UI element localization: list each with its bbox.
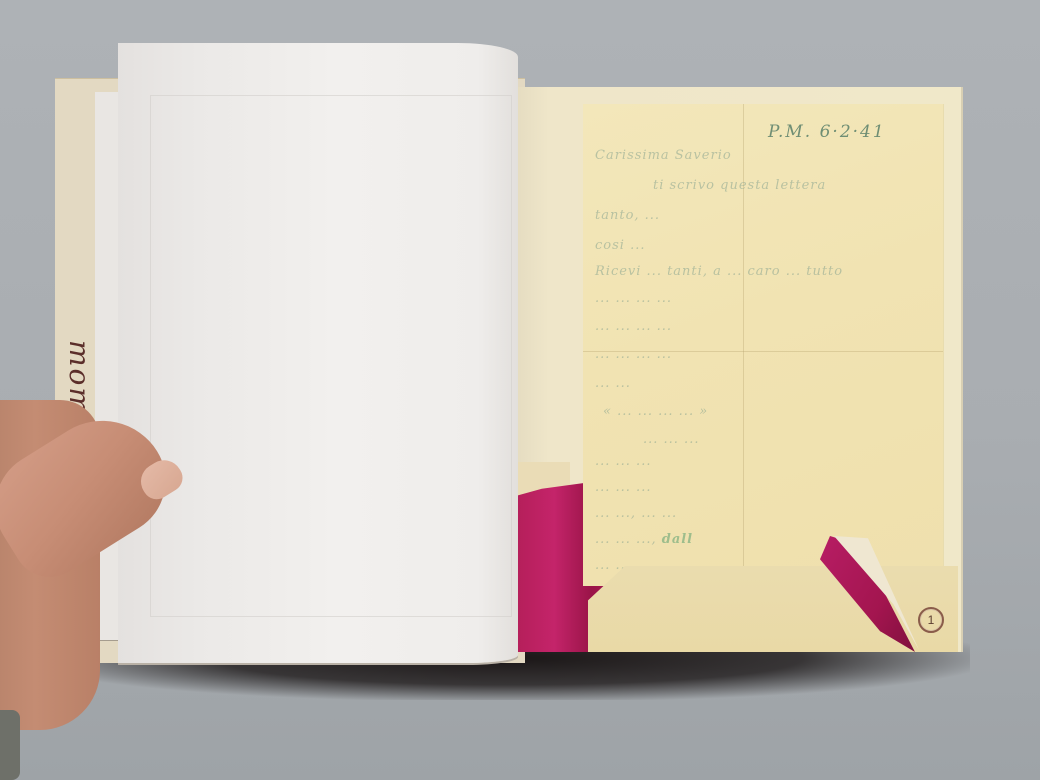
letter-line: ... ... ... ...: [595, 291, 672, 306]
letter-line: ... ... ...: [643, 432, 699, 447]
letter-line: ... ... ... ...: [595, 319, 672, 334]
letter-highlighted-word: dall: [662, 532, 693, 547]
letter-line: tanto, ...: [595, 208, 660, 223]
letter-date: P.M. 6·2·41: [768, 122, 886, 142]
letter-line: ti scrivo questa lettera: [653, 178, 826, 193]
letter-line: ... ... ...: [595, 454, 651, 469]
leaf-print-area: [150, 95, 512, 617]
letter-line: ... ..., ... ...: [595, 506, 677, 521]
handwritten-letter: P.M. 6·2·41 Carissima Saverio ti scrivo …: [583, 104, 944, 586]
letter-line: cosi ...: [595, 238, 645, 253]
letter-line: Ricevi ... tanti, a ... caro ... tutto: [595, 264, 843, 279]
letter-line: Carissima Saverio: [595, 148, 732, 163]
letter-line: ... ... ..., dall: [595, 532, 693, 547]
letter-fold-vertical: [743, 104, 744, 586]
letter-line: ... ...: [595, 376, 631, 391]
page-number-badge: 1: [918, 607, 944, 633]
sleeve: [0, 710, 20, 780]
letter-line: « ... ... ... ... »: [603, 404, 708, 419]
letter-line: ... ... ... ...: [595, 347, 672, 362]
letter-line: ... ... ...: [595, 480, 651, 495]
